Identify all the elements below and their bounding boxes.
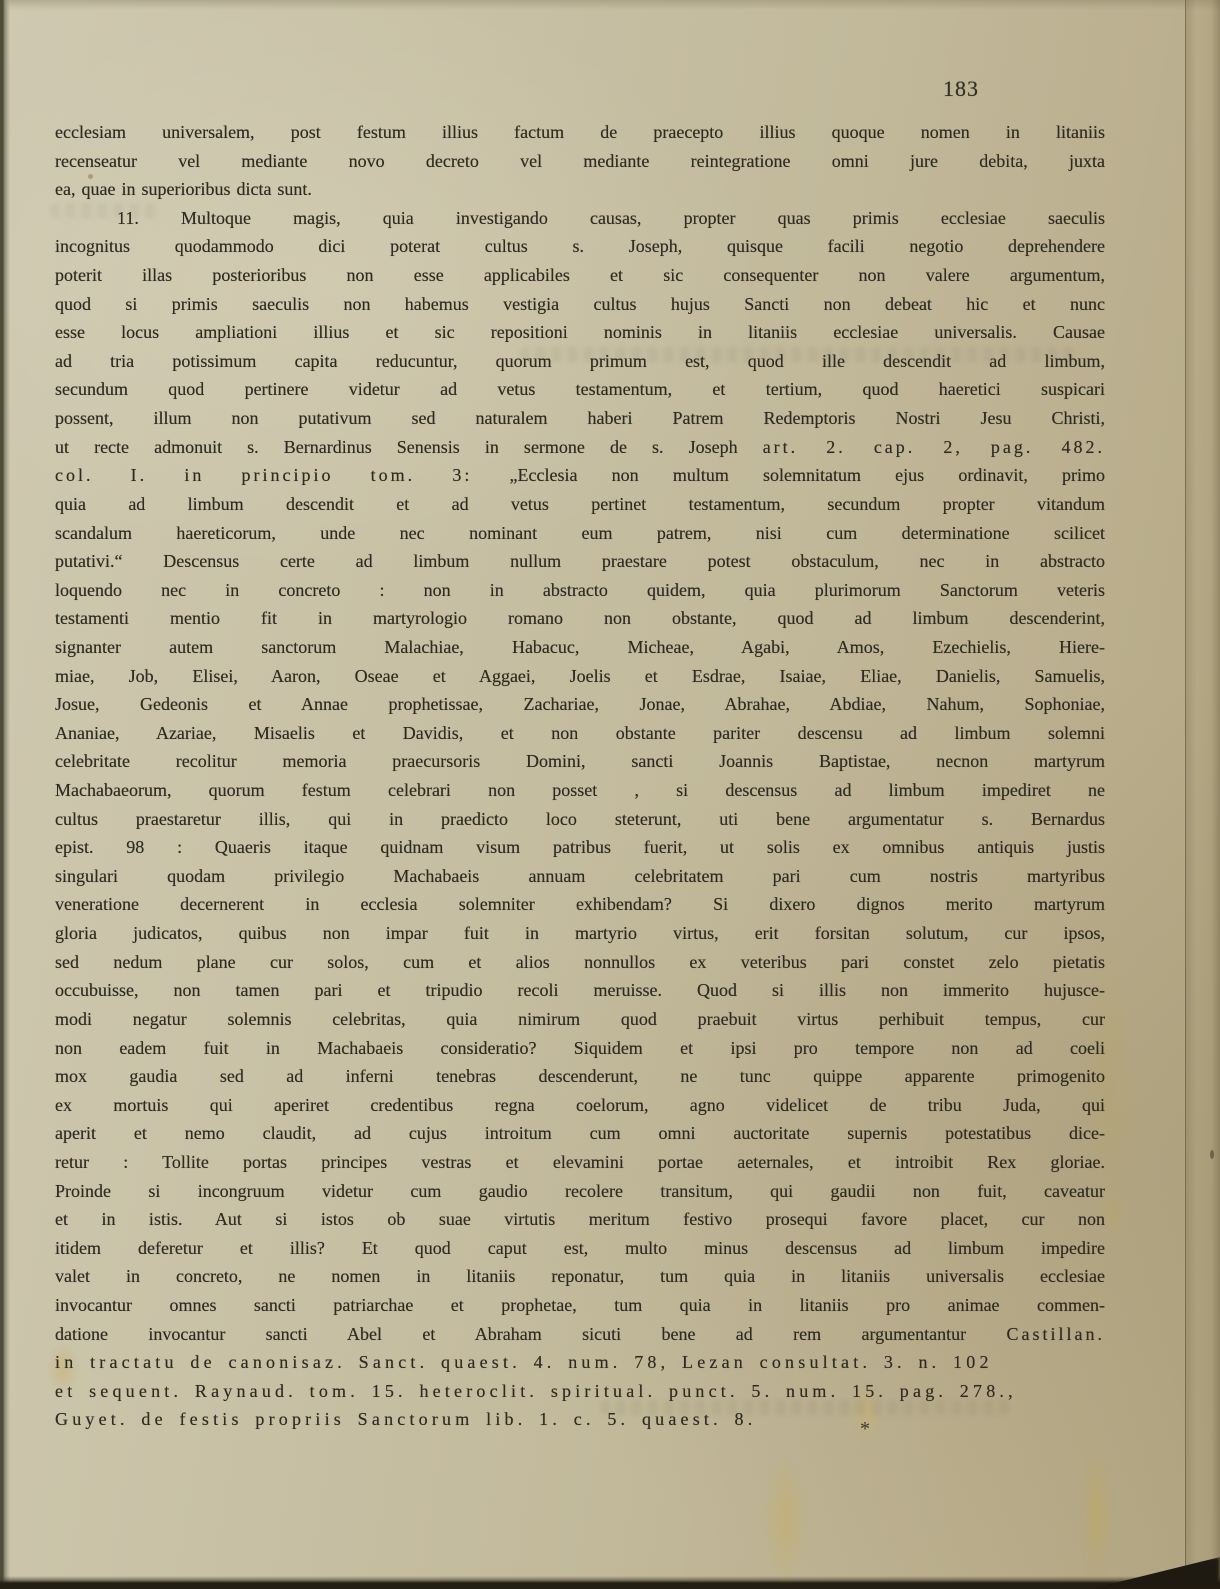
text-segment: cultus praestaretur illis, qui in praedi… <box>55 809 1105 829</box>
text-segment: modi negatur solemnis celebritas, quia n… <box>55 1009 1105 1029</box>
text-segment-spaced: et sequent. Raynaud. tom. 15. heteroclit… <box>55 1381 1017 1401</box>
text-segment: gloria judicatos, quibus non impar fuit … <box>55 923 1105 943</box>
text-line: occubuisse, non tamen pari et tripudio r… <box>55 976 1105 1005</box>
text-segment: signanter autem sanctorum Malachiae, Hab… <box>55 637 1105 657</box>
text-line: Machabaeorum, quorum festum celebrari no… <box>55 776 1105 805</box>
text-segment: ut recte admonuit s. Bernardinus Senensi… <box>55 437 763 457</box>
text-segment: et in istis. Aut si istos ob suae virtut… <box>55 1209 1105 1229</box>
text-segment: miae, Job, Elisei, Aaron, Oseae et Aggae… <box>55 666 1105 686</box>
text-segment: sed nedum plane cur solos, cum et alios … <box>55 952 1105 972</box>
text-segment: datione invocantur sancti Abel et Abraha… <box>55 1324 1007 1344</box>
page-text: ecclesiam universalem, post festum illiu… <box>55 118 1105 1434</box>
text-segment-spaced: Castillan. <box>1007 1324 1106 1344</box>
text-segment: Machabaeorum, quorum festum celebrari no… <box>55 780 1105 800</box>
text-line: loquendo nec in concreto : non in abstra… <box>55 576 1105 605</box>
text-segment: retur : Tollite portas principes vestras… <box>55 1152 1105 1172</box>
text-line: epist. 98 : Quaeris itaque quidnam visum… <box>55 833 1105 862</box>
paper-stain <box>1080 1440 1114 1589</box>
text-line: aperit et nemo claudit, ad cujus introit… <box>55 1119 1105 1148</box>
text-segment: secundum quod pertinere videtur ad vetus… <box>55 379 1105 399</box>
text-line: possent, illum non putativum sed natural… <box>55 404 1105 433</box>
footnote-asterisk: * <box>860 1418 870 1441</box>
text-line: Proinde si incongruum videtur cum gaudio… <box>55 1177 1105 1206</box>
text-line: secundum quod pertinere videtur ad vetus… <box>55 375 1105 404</box>
scan-right-edge <box>1185 0 1220 1589</box>
text-line: cultus praestaretur illis, qui in praedi… <box>55 805 1105 834</box>
scan-left-edge <box>0 0 10 1589</box>
text-line: Guyet. de festis propriis Sanctorum lib.… <box>55 1405 1105 1434</box>
scan-top-edge <box>0 0 1220 10</box>
text-line: et in istis. Aut si istos ob suae virtut… <box>55 1205 1105 1234</box>
text-line: itidem deferetur et illis? Et quod caput… <box>55 1234 1105 1263</box>
text-segment: quia ad limbum descendit et ad vetus per… <box>55 494 1105 514</box>
book-page: 183 ecclesiam universalem, post festum i… <box>0 0 1220 1589</box>
text-segment: singulari quodam privilegio Machabaeis a… <box>55 866 1105 886</box>
text-segment: recenseatur vel mediante novo decreto ve… <box>55 151 1105 171</box>
text-line: non eadem fuit in Machabaeis considerati… <box>55 1034 1105 1063</box>
text-line: Josue, Gedeonis et Annae prophetissae, Z… <box>55 690 1105 719</box>
text-segment: ad tria potissimum capita reducuntur, qu… <box>55 351 1105 371</box>
text-line: putativi.“ Descensus certe ad limbum nul… <box>55 547 1105 576</box>
text-segment: scandalum haereticorum, unde nec nominan… <box>55 523 1105 543</box>
text-segment: possent, illum non putativum sed natural… <box>55 408 1105 428</box>
text-segment: testamenti mentio fit in martyrologio ro… <box>55 608 1105 628</box>
text-line: in tractatu de canonisaz. Sanct. quaest.… <box>55 1348 1105 1377</box>
text-line: modi negatur solemnis celebritas, quia n… <box>55 1005 1105 1034</box>
text-line: gloria judicatos, quibus non impar fuit … <box>55 919 1105 948</box>
text-segment-spaced: col. I. in principio tom. 3: <box>55 465 510 485</box>
text-line: recenseatur vel mediante novo decreto ve… <box>55 147 1105 176</box>
text-segment-spaced: Guyet. de festis propriis Sanctorum lib.… <box>55 1409 756 1429</box>
text-segment: veneratione decernerent in ecclesia sole… <box>55 894 1105 914</box>
text-line: quia ad limbum descendit et ad vetus per… <box>55 490 1105 519</box>
text-line: ecclesiam universalem, post festum illiu… <box>55 118 1105 147</box>
text-line: testamenti mentio fit in martyrologio ro… <box>55 604 1105 633</box>
text-line: invocantur omnes sancti patriarchae et p… <box>55 1291 1105 1320</box>
text-segment: ecclesiam universalem, post festum illiu… <box>55 122 1105 142</box>
text-segment: mox gaudia sed ad inferni tenebras desce… <box>55 1066 1105 1086</box>
text-line: datione invocantur sancti Abel et Abraha… <box>55 1320 1105 1349</box>
text-line: miae, Job, Elisei, Aaron, Oseae et Aggae… <box>55 662 1105 691</box>
text-segment: putativi.“ Descensus certe ad limbum nul… <box>55 551 1105 571</box>
text-line: esse locus ampliationi illius et sic rep… <box>55 318 1105 347</box>
text-segment: ea, quae in superioribus dicta sunt. <box>55 179 312 199</box>
text-line: sed nedum plane cur solos, cum et alios … <box>55 948 1105 977</box>
text-segment: celebritate recolitur memoria praecursor… <box>55 751 1105 771</box>
text-line: signanter autem sanctorum Malachiae, Hab… <box>55 633 1105 662</box>
text-segment: 11. Multoque magis, quia investigando ca… <box>117 208 1105 228</box>
text-line: celebritate recolitur memoria praecursor… <box>55 747 1105 776</box>
text-segment: aperit et nemo claudit, ad cujus introit… <box>55 1123 1105 1143</box>
text-segment: itidem deferetur et illis? Et quod caput… <box>55 1238 1105 1258</box>
text-segment: Ananiae, Azariae, Misaelis et Davidis, e… <box>55 723 1105 743</box>
text-segment: incognitus quodammodo dici poterat cultu… <box>55 236 1105 256</box>
text-line: veneratione decernerent in ecclesia sole… <box>55 890 1105 919</box>
text-segment: poterit illas posterioribus non esse app… <box>55 265 1105 285</box>
text-line: ea, quae in superioribus dicta sunt. <box>55 175 1105 204</box>
text-line: Ananiae, Azariae, Misaelis et Davidis, e… <box>55 719 1105 748</box>
text-segment: ex mortuis qui aperiret credentibus regn… <box>55 1095 1105 1115</box>
text-line: et sequent. Raynaud. tom. 15. heteroclit… <box>55 1377 1105 1406</box>
text-segment: Josue, Gedeonis et Annae prophetissae, Z… <box>55 694 1105 714</box>
text-segment: loquendo nec in concreto : non in abstra… <box>55 580 1105 600</box>
text-segment: occubuisse, non tamen pari et tripudio r… <box>55 980 1105 1000</box>
text-line: mox gaudia sed ad inferni tenebras desce… <box>55 1062 1105 1091</box>
text-line: poterit illas posterioribus non esse app… <box>55 261 1105 290</box>
text-line: incognitus quodammodo dici poterat cultu… <box>55 232 1105 261</box>
text-segment: valet in concreto, ne nomen in litaniis … <box>55 1266 1105 1286</box>
text-segment-spaced: in tractatu de canonisaz. Sanct. quaest.… <box>55 1352 993 1372</box>
paper-fleck <box>1210 1150 1214 1159</box>
text-segment: invocantur omnes sancti patriarchae et p… <box>55 1295 1105 1315</box>
text-line: quod si primis saeculis non habemus vest… <box>55 290 1105 319</box>
text-segment: epist. 98 : Quaeris itaque quidnam visum… <box>55 837 1105 857</box>
scan-bottom-edge <box>0 1576 1220 1589</box>
text-segment: „Ecclesia non multum solemnitatum ejus o… <box>510 465 1105 485</box>
text-line: ad tria potissimum capita reducuntur, qu… <box>55 347 1105 376</box>
text-line: ut recte admonuit s. Bernardinus Senensi… <box>55 433 1105 462</box>
text-line: col. I. in principio tom. 3: „Ecclesia n… <box>55 461 1105 490</box>
text-segment: quod si primis saeculis non habemus vest… <box>55 294 1105 314</box>
text-line: 11. Multoque magis, quia investigando ca… <box>55 204 1105 233</box>
paper-stain <box>762 1450 808 1589</box>
text-segment: esse locus ampliationi illius et sic rep… <box>55 322 1105 342</box>
text-line: valet in concreto, ne nomen in litaniis … <box>55 1262 1105 1291</box>
text-segment: Proinde si incongruum videtur cum gaudio… <box>55 1181 1105 1201</box>
text-line: ex mortuis qui aperiret credentibus regn… <box>55 1091 1105 1120</box>
text-line: retur : Tollite portas principes vestras… <box>55 1148 1105 1177</box>
text-line: scandalum haereticorum, unde nec nominan… <box>55 519 1105 548</box>
text-segment-spaced: art. 2. cap. 2, pag. 482. <box>763 437 1105 457</box>
page-number: 183 <box>943 76 979 102</box>
text-line: singulari quodam privilegio Machabaeis a… <box>55 862 1105 891</box>
text-segment: non eadem fuit in Machabaeis considerati… <box>55 1038 1105 1058</box>
